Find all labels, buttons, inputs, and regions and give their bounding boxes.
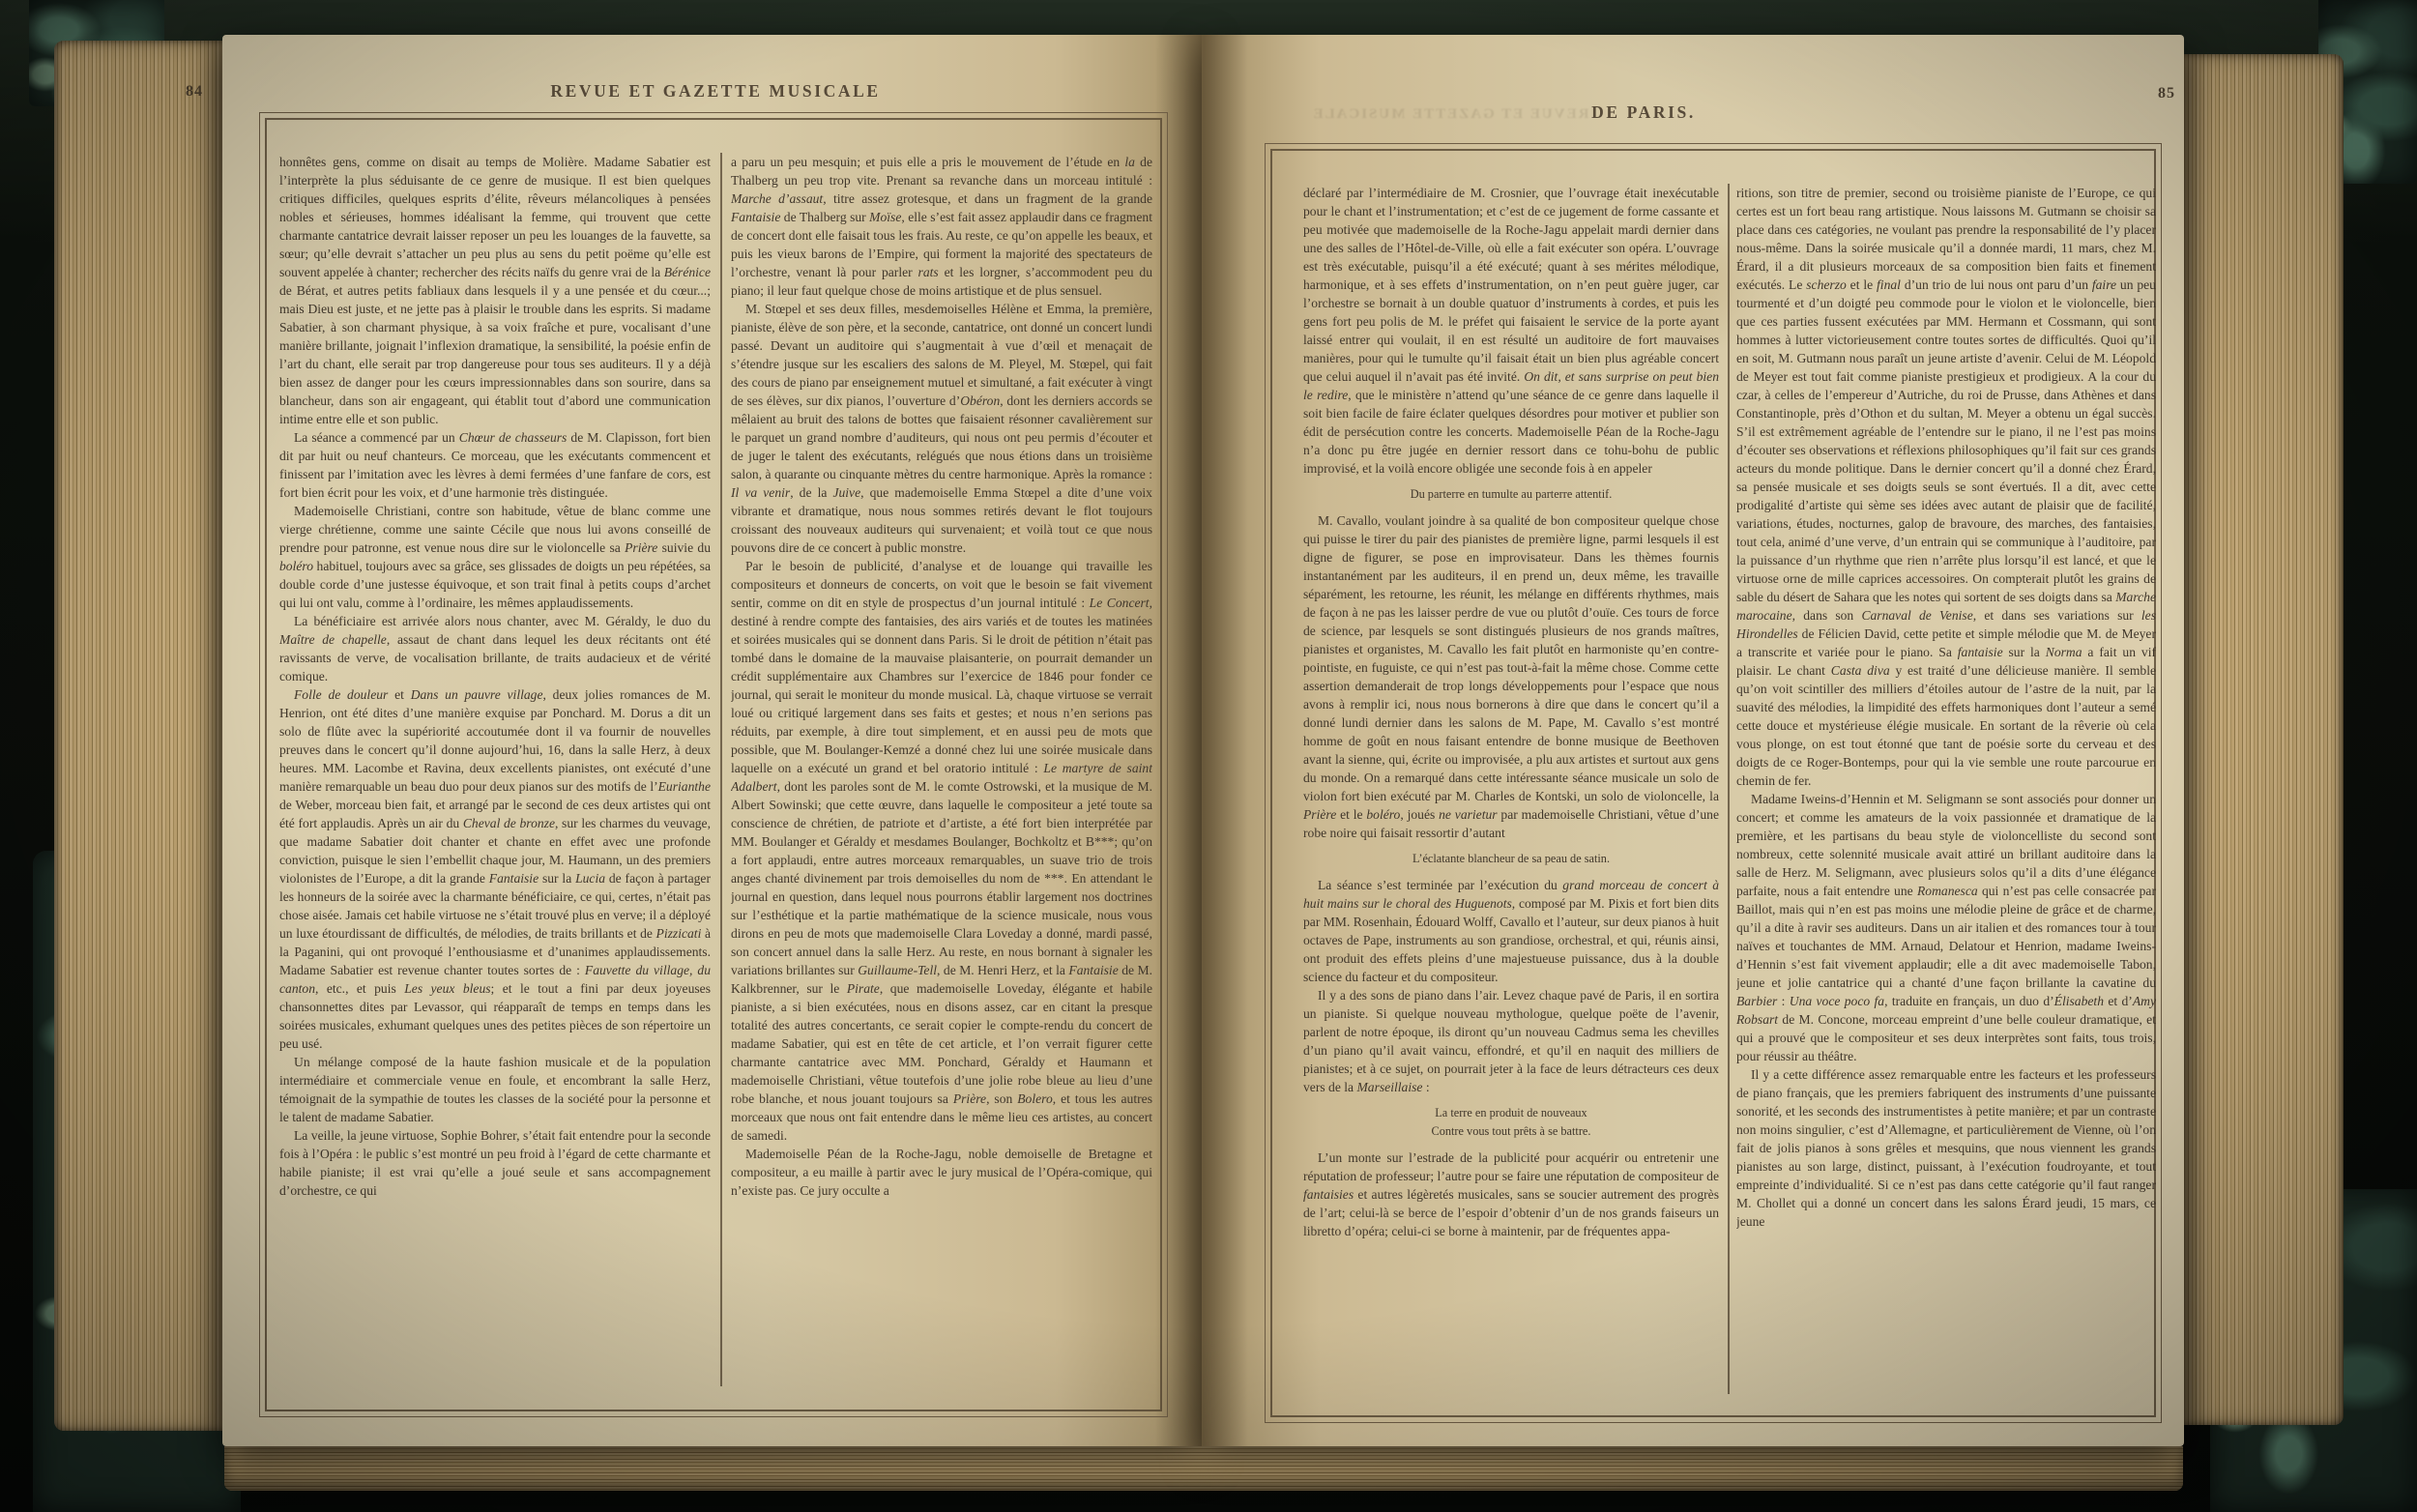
page-number-left: 84 <box>186 83 203 101</box>
paragraph: Du parterre en tumulte au parterre atten… <box>1303 485 1719 504</box>
paragraph: honnêtes gens, comme on disait au temps … <box>279 153 711 428</box>
left-page-column-rule <box>720 153 722 1386</box>
paragraph: Mademoiselle Péan de la Roche-Jagu, nobl… <box>731 1145 1152 1200</box>
paragraph: L’un monte sur l’estrade de la publicité… <box>1303 1149 1719 1240</box>
paragraph: Madame Iweins-d’Hennin et M. Seligmann s… <box>1736 790 2156 1065</box>
page-edges-right <box>2181 54 2344 1425</box>
paragraph: Par le besoin de publicité, d’analyse et… <box>731 557 1152 1145</box>
paragraph: La veille, la jeune virtuose, Sophie Boh… <box>279 1126 711 1200</box>
paragraph: déclaré par l’intermédiaire de M. Crosni… <box>1303 184 1719 478</box>
text-column-left-2: a paru un peu mesquin; et puis elle a pr… <box>731 153 1152 1384</box>
right-page-column-rule <box>1728 184 1730 1394</box>
running-title-left: REVUE ET GAZETTE MUSICALE <box>425 81 1005 102</box>
page-edges-bottom <box>224 1446 2183 1491</box>
paragraph: La bénéficiaire est arrivée alors nous c… <box>279 612 711 685</box>
text-column-left-1: honnêtes gens, comme on disait au temps … <box>279 153 711 1384</box>
paragraph: a paru un peu mesquin; et puis elle a pr… <box>731 153 1152 300</box>
page-number-right: 85 <box>2158 85 2175 102</box>
paragraph: La séance a commencé par un Chœur de cha… <box>279 428 711 502</box>
paragraph: La terre en produit de nouveaux <box>1303 1104 1719 1122</box>
paragraph: Il y a cette différence assez remarquabl… <box>1736 1065 2156 1231</box>
paragraph: L’éclatante blancheur de sa peau de sati… <box>1303 850 1719 868</box>
text-column-right-1: déclaré par l’intermédiaire de M. Crosni… <box>1303 184 1719 1394</box>
paragraph: La séance s’est terminée par l’exécution… <box>1303 876 1719 986</box>
running-title-right: DE PARIS. <box>1441 102 1847 123</box>
paragraph: ritions, son titre de premier, second ou… <box>1736 184 2156 790</box>
paragraph: Mademoiselle Christiani, contre son habi… <box>279 502 711 612</box>
paragraph: M. Cavallo, voulant joindre à sa qualité… <box>1303 511 1719 842</box>
text-column-right-2: ritions, son titre de premier, second ou… <box>1736 184 2156 1394</box>
paragraph: M. Stœpel et ses deux filles, mesdemoise… <box>731 300 1152 557</box>
paragraph: Un mélange composé de la haute fashion m… <box>279 1053 711 1126</box>
gutter-shadow <box>1155 35 1248 1446</box>
photographed-book-spread: 84 REVUE ET GAZETTE MUSICALE REVUE ET GA… <box>0 0 2417 1512</box>
paragraph: Folle de douleur et Dans un pauvre villa… <box>279 685 711 1053</box>
paragraph: Contre vous tout prêts à se battre. <box>1303 1122 1719 1141</box>
page-edges-left <box>54 41 226 1431</box>
paragraph: Il y a des sons de piano dans l’air. Lev… <box>1303 986 1719 1096</box>
